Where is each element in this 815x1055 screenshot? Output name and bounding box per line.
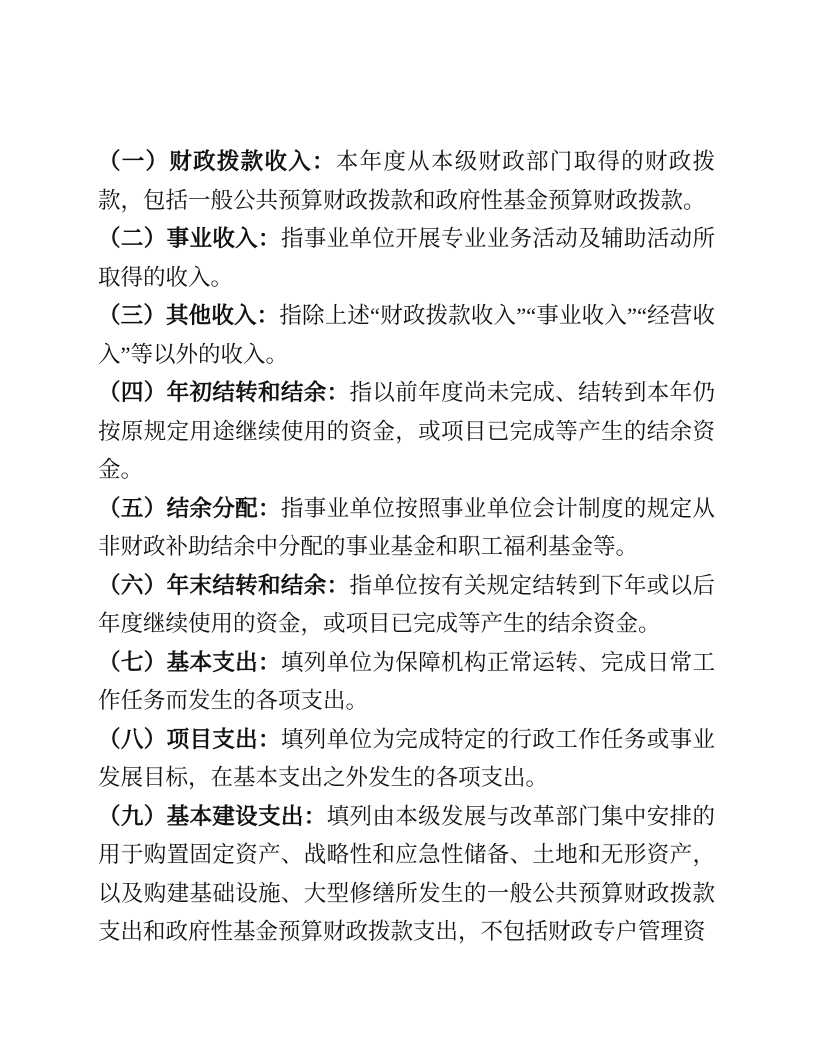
definition-paragraph: （三）其他收入：指除上述“财政拨款收入”“事业收入”“经营收入”等以外的收入。: [98, 297, 715, 374]
definition-paragraph: （二）事业收入：指事业单位开展专业业务活动及辅助活动所取得的收入。: [98, 220, 715, 297]
definition-term: （四）年初结转和结余：: [98, 380, 350, 405]
document-page: （一）财政拨款收入：本年度从本级财政部门取得的财政拨款，包括一般公共预算财政拨款…: [0, 0, 815, 1055]
definition-paragraph: （四）年初结转和结余：指以前年度尚未完成、结转到本年仍按原规定用途继续使用的资金…: [98, 374, 715, 490]
definition-paragraph: （五）结余分配：指事业单位按照事业单位会计制度的规定从非财政补助结余中分配的事业…: [98, 490, 715, 567]
definition-term: （九）基本建设支出：: [98, 804, 327, 829]
definition-paragraph: （八）项目支出：填列单位为完成特定的行政工作任务或事业发展目标，在基本支出之外发…: [98, 721, 715, 798]
definition-paragraph: （一）财政拨款收入：本年度从本级财政部门取得的财政拨款，包括一般公共预算财政拨款…: [98, 143, 715, 220]
definition-paragraph: （六）年末结转和结余：指单位按有关规定结转到下年或以后年度继续使用的资金，或项目…: [98, 567, 715, 644]
definition-paragraph: （九）基本建设支出：填列由本级发展与改革部门集中安排的用于购置固定资产、战略性和…: [98, 798, 715, 952]
definition-term: （三）其他收入：: [98, 303, 279, 328]
definition-term: （五）结余分配：: [98, 496, 281, 521]
definition-paragraph: （七）基本支出：填列单位为保障机构正常运转、完成日常工作任务而发生的各项支出。: [98, 644, 715, 721]
definition-term: （二）事业收入：: [98, 226, 281, 251]
definition-term: （六）年末结转和结余：: [98, 573, 350, 598]
definition-term: （一）财政拨款收入：: [98, 149, 336, 174]
definition-term: （七）基本支出：: [98, 650, 281, 675]
definition-term: （八）项目支出：: [98, 727, 281, 752]
